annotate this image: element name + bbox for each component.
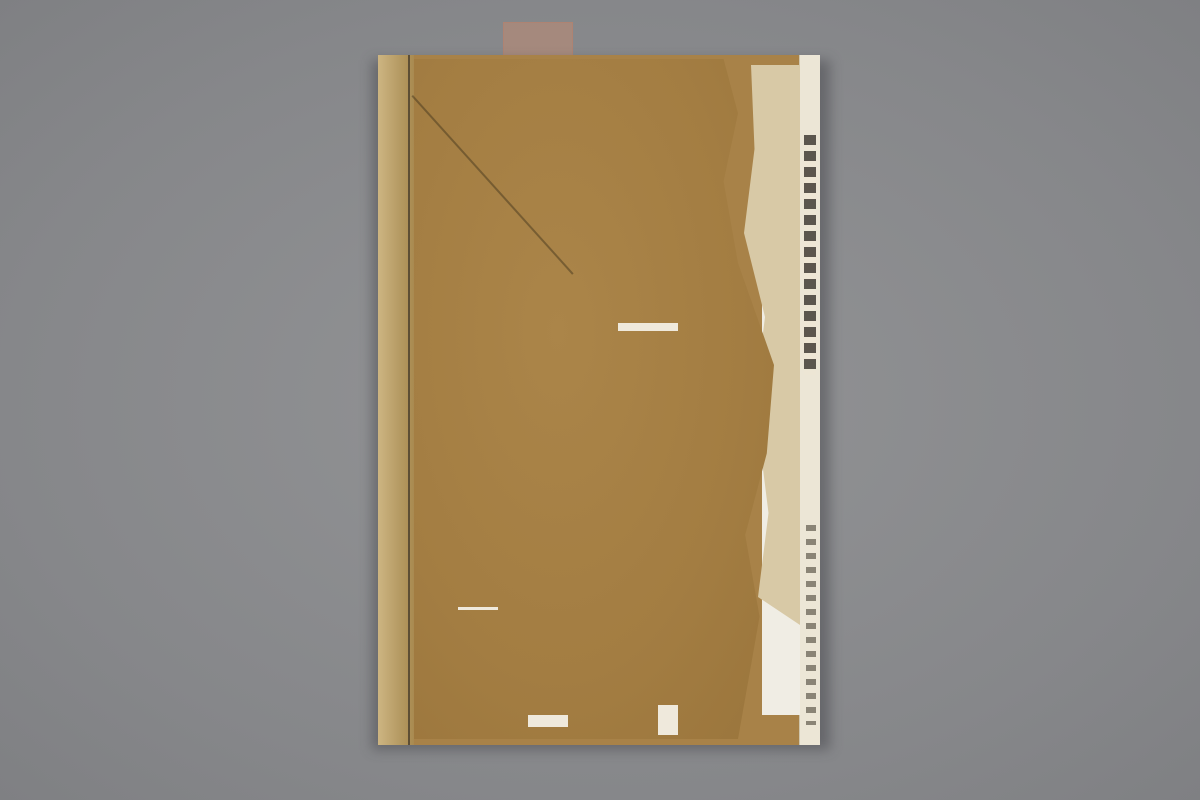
- paper-damage: [658, 705, 678, 735]
- book: [378, 55, 820, 745]
- spine-label-characters-lower: [806, 525, 816, 725]
- binding-thread: [408, 55, 410, 745]
- book-cover: [414, 59, 774, 739]
- paper-damage: [528, 715, 568, 727]
- paper-damage: [458, 607, 498, 610]
- paper-damage: [618, 323, 678, 331]
- spine-label-characters: [804, 135, 816, 375]
